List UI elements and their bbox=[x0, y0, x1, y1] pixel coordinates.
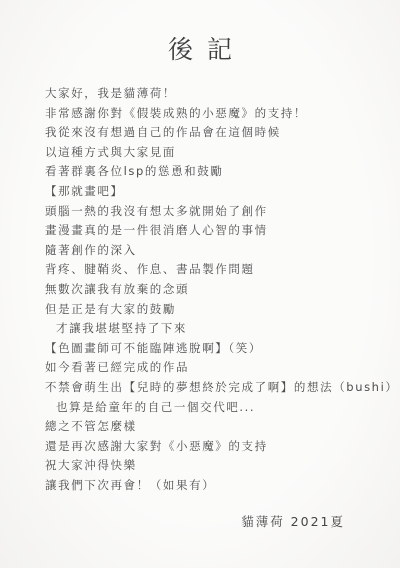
afterword-line: 祝大家沖得快樂 bbox=[45, 456, 380, 476]
afterword-line: 無數次讓我有放棄的念頭 bbox=[45, 280, 380, 300]
afterword-line: 不禁會萌生出【兒時的夢想終於完成了啊】的想法（bushi） bbox=[45, 378, 380, 398]
afterword-line: 看著群裏各位lsp的慫恿和鼓勵 bbox=[45, 162, 380, 182]
afterword-line: 總之不管怎麼樣 bbox=[45, 417, 380, 437]
afterword-line: 隨著創作的深入 bbox=[45, 241, 380, 261]
afterword-line: 以這種方式與大家見面 bbox=[45, 143, 380, 163]
afterword-line: 但是正是有大家的鼓勵 bbox=[45, 300, 380, 320]
afterword-body: 大家好，我是貓薄荷！ 非常感謝你對《假裝成熟的小惡魔》的支持！ 我從來沒有想過自… bbox=[45, 84, 380, 495]
afterword-line: 我從來沒有想過自己的作品會在這個時候 bbox=[45, 123, 380, 143]
afterword-line: 大家好，我是貓薄荷！ bbox=[45, 84, 380, 104]
afterword-page: 後記 大家好，我是貓薄荷！ 非常感謝你對《假裝成熟的小惡魔》的支持！ 我從來沒有… bbox=[0, 0, 400, 568]
afterword-line: 畫漫畫真的是一件很消磨人心智的事情 bbox=[45, 221, 380, 241]
afterword-line: 才讓我堪堪堅持了下來 bbox=[45, 319, 380, 339]
page-title: 後記 bbox=[0, 30, 400, 66]
afterword-line: 讓我們下次再會！（如果有） bbox=[45, 476, 380, 496]
afterword-line: 背疼、腱鞘炎、作息、書品製作問題 bbox=[45, 260, 380, 280]
author-signature: 貓薄荷 2021夏 bbox=[241, 512, 345, 530]
afterword-line: 【那就畫吧】 bbox=[45, 182, 380, 202]
afterword-line: 非常感謝你對《假裝成熟的小惡魔》的支持！ bbox=[45, 104, 380, 124]
afterword-line: 也算是給童年的自己一個交代吧... bbox=[45, 398, 380, 418]
afterword-line: 如今看著已經完成的作品 bbox=[45, 358, 380, 378]
afterword-line: 頭腦一熱的我沒有想太多就開始了創作 bbox=[45, 202, 380, 222]
afterword-line: 【色圖畫師可不能臨陣逃脫啊】（笑） bbox=[45, 339, 380, 359]
afterword-line: 還是再次感謝大家對《小惡魔》的支持 bbox=[45, 437, 380, 457]
